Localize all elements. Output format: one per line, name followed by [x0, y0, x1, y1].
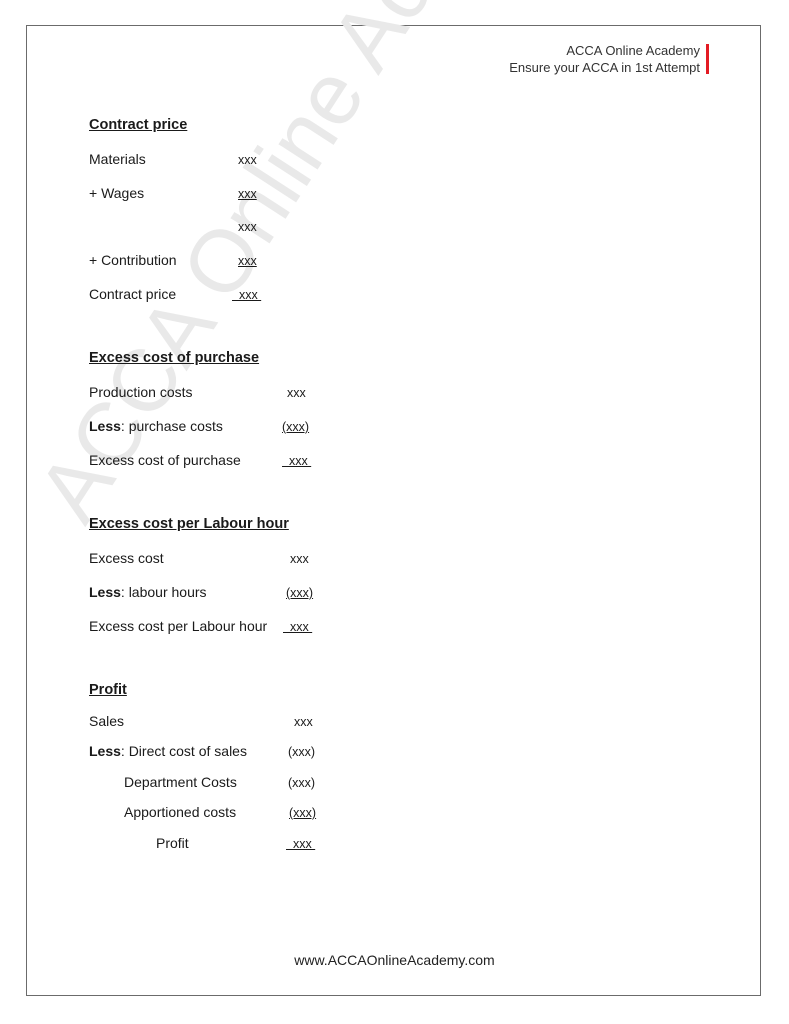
row-label: Less: purchase costs — [89, 418, 223, 434]
header-accent-bar — [706, 44, 709, 74]
row-value: (xxx) — [289, 806, 316, 820]
row-value: (xxx) — [288, 745, 315, 759]
section-title-contract-price: Contract price — [89, 117, 187, 133]
row-label: Excess cost per Labour hour — [89, 618, 267, 634]
row-value: xxx — [238, 220, 257, 234]
less-keyword: Less — [89, 743, 121, 759]
less-keyword: Less — [89, 418, 121, 434]
row-value: (xxx) — [282, 420, 309, 434]
row-value-total: xxx — [232, 288, 261, 302]
row-value-total: xxx — [283, 620, 312, 634]
section-title-excess-purchase: Excess cost of purchase — [89, 350, 259, 366]
row-value: xxx — [294, 715, 313, 729]
header-tagline: Ensure your ACCA in 1st Attempt — [509, 59, 700, 76]
row-value-total: xxx — [282, 454, 311, 468]
row-label: Contract price — [89, 286, 176, 302]
row-label: + Contribution — [89, 252, 177, 268]
header-title: ACCA Online Academy — [509, 42, 700, 59]
row-value: xxx — [238, 254, 257, 268]
row-value: (xxx) — [286, 586, 313, 600]
page-border — [26, 25, 761, 996]
row-label: Apportioned costs — [124, 804, 236, 820]
row-label: Excess cost of purchase — [89, 452, 241, 468]
row-label: Less: labour hours — [89, 584, 207, 600]
row-label: Production costs — [89, 384, 193, 400]
section-title-profit: Profit — [89, 682, 127, 698]
row-label: Department Costs — [124, 774, 237, 790]
row-value: xxx — [238, 153, 257, 167]
row-label: Materials — [89, 151, 146, 167]
row-label-text: : purchase costs — [121, 418, 223, 434]
row-label: Profit — [156, 835, 189, 851]
row-label-text: : labour hours — [121, 584, 207, 600]
row-label: Excess cost — [89, 550, 164, 566]
row-value: xxx — [287, 386, 306, 400]
page-header: ACCA Online Academy Ensure your ACCA in … — [509, 42, 700, 76]
row-label-text: : Direct cost of sales — [121, 743, 247, 759]
footer-url: www.ACCAOnlineAcademy.com — [0, 952, 789, 968]
row-value: xxx — [290, 552, 309, 566]
section-title-excess-labour: Excess cost per Labour hour — [89, 516, 289, 532]
row-label: + Wages — [89, 185, 144, 201]
row-label: Sales — [89, 713, 124, 729]
row-value-total: xxx — [286, 837, 315, 851]
row-value: (xxx) — [288, 776, 315, 790]
row-label: Less: Direct cost of sales — [89, 743, 247, 759]
less-keyword: Less — [89, 584, 121, 600]
row-value: xxx — [238, 187, 257, 201]
